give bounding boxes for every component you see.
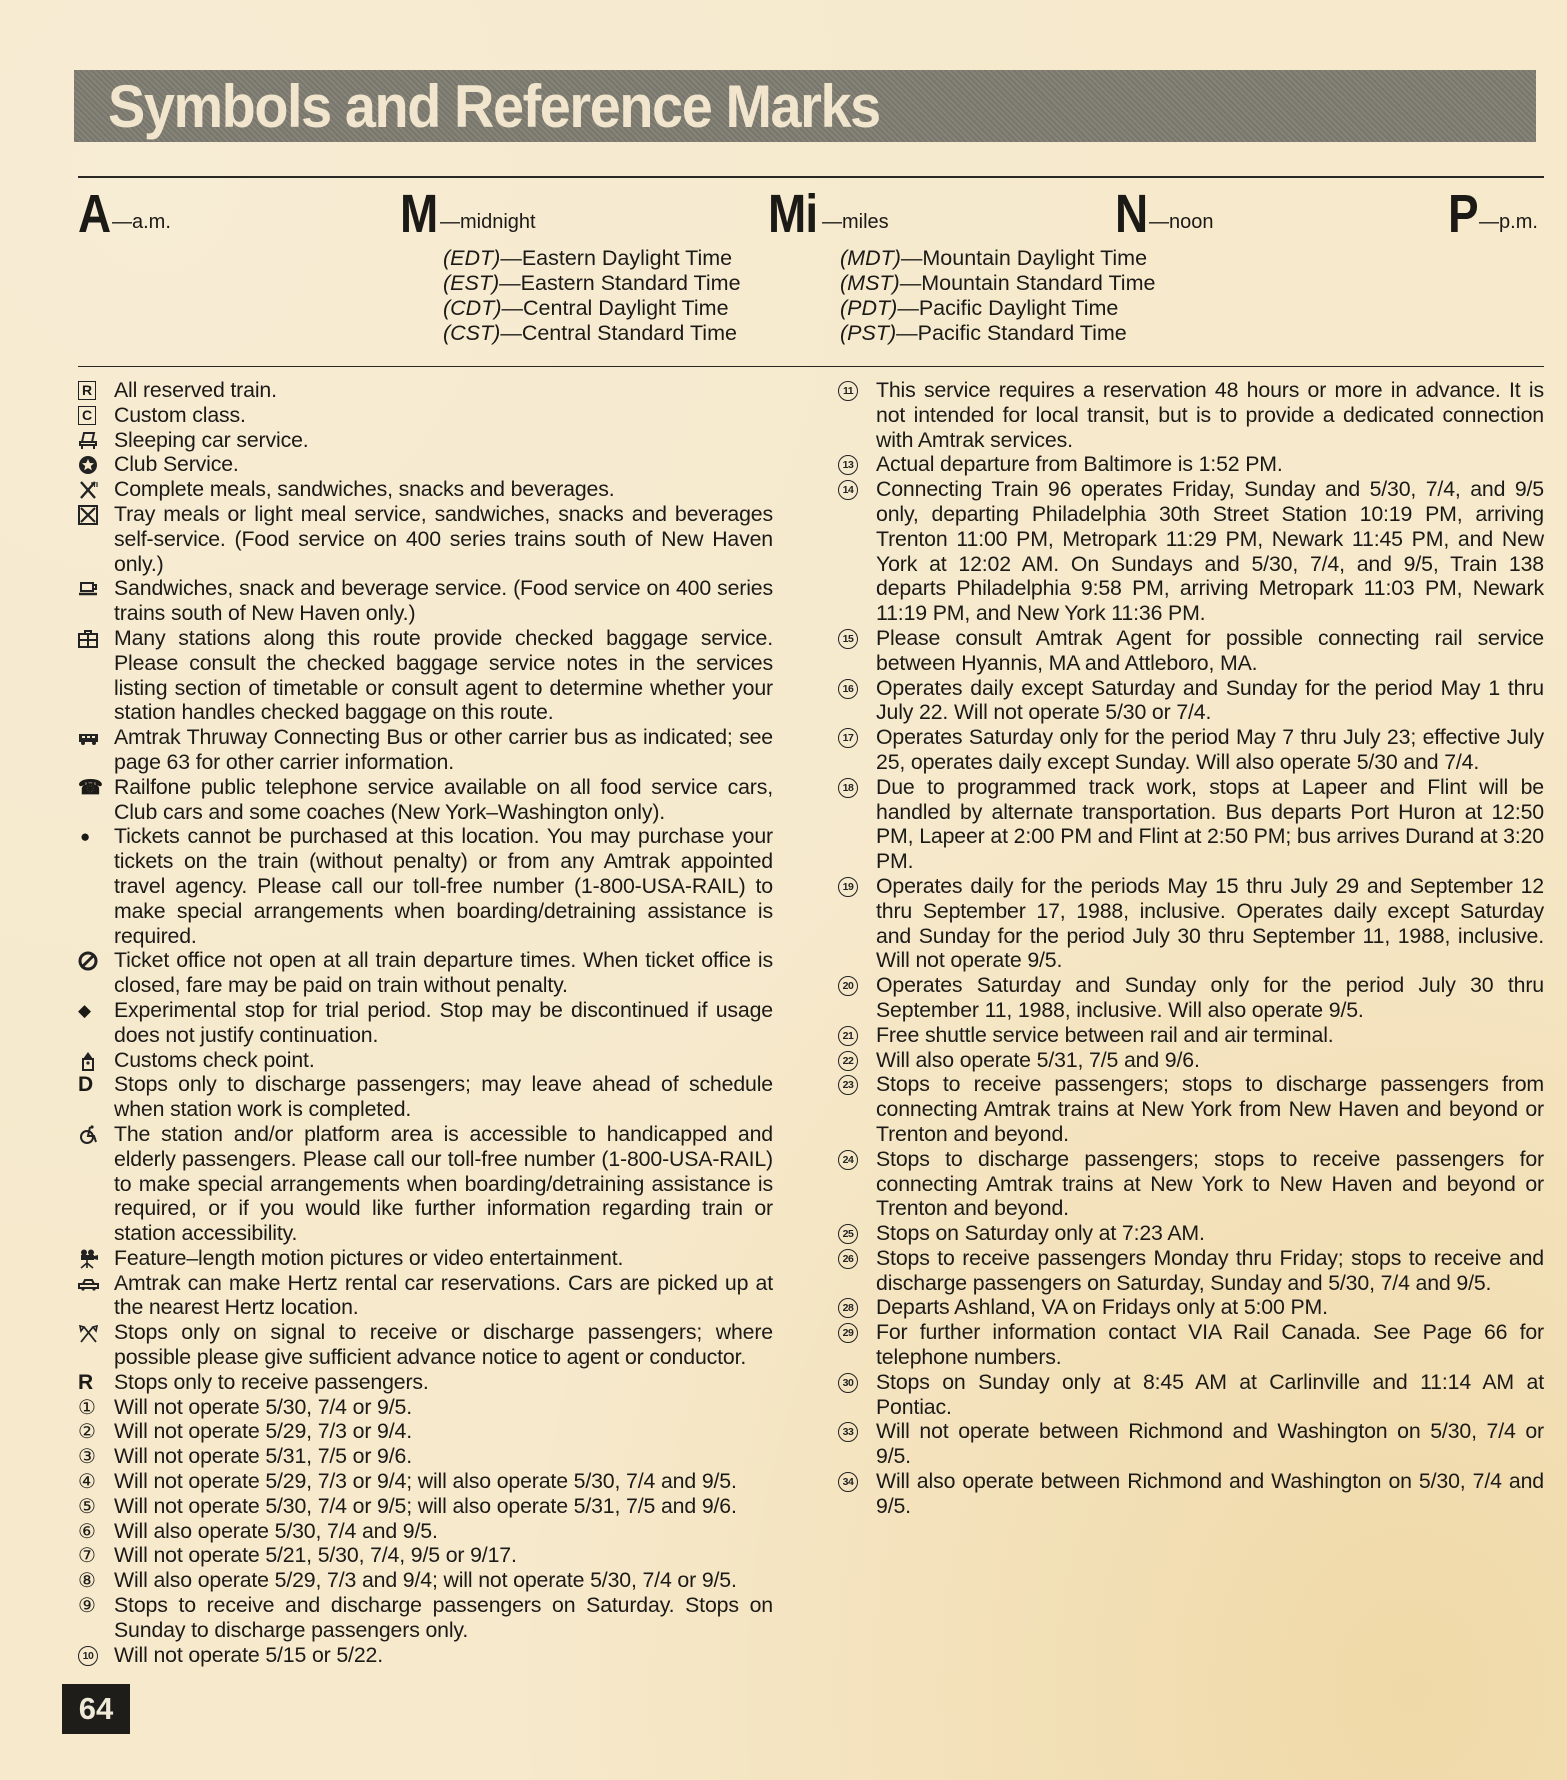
symbol-description: Will not operate 5/30, 7/4 or 9/5. (114, 1395, 773, 1420)
symbol-entry: Sandwiches, snack and beverage service. … (78, 576, 773, 626)
note-13-icon: 13 (838, 452, 876, 477)
symbol-entry: Stops only on signal to receive or disch… (78, 1320, 773, 1370)
note-21-icon: 21 (838, 1023, 876, 1048)
symbol-entry: Customs check point. (78, 1048, 773, 1073)
abbrev-am: A —a.m. (78, 190, 171, 238)
time-zone-abbr: (EST) (443, 271, 499, 295)
symbol-entry: Complete meals, sandwiches, snacks and b… (78, 477, 773, 502)
symbol-description: The station and/or platform area is acce… (114, 1122, 773, 1246)
time-zone-name: —Pacific Standard Time (896, 321, 1127, 345)
symbol-entry: Amtrak Thruway Connecting Bus or other c… (78, 725, 773, 775)
symbol-description: Stops only on signal to receive or disch… (114, 1320, 773, 1370)
note-22-icon: 22 (838, 1048, 876, 1073)
symbol-description: Stops to receive passengers Monday thru … (876, 1246, 1544, 1296)
time-zone-name: —Central Daylight Time (502, 296, 729, 320)
bus-icon (78, 725, 114, 775)
time-zone-abbr: (CDT) (443, 296, 502, 320)
time-zone-abbr: (PST) (840, 321, 896, 345)
symbol-entry: 16Operates daily except Saturday and Sun… (838, 676, 1544, 726)
symbol-description: Ticket office not open at all train depa… (114, 948, 773, 998)
symbol-entry: Tray meals or light meal service, sandwi… (78, 502, 773, 576)
coffee-cup-icon (78, 576, 114, 626)
symbol-entry: CCustom class. (78, 403, 773, 428)
symbol-entry: ⑧Will also operate 5/29, 7/3 and 9/4; wi… (78, 1568, 773, 1593)
note-7-icon: ⑦ (78, 1543, 114, 1568)
symbol-entry: Club Service. (78, 452, 773, 477)
symbol-entry: Amtrak can make Hertz rental car reserva… (78, 1271, 773, 1321)
symbol-description: This service requires a reservation 48 h… (876, 378, 1544, 452)
symbol-description: All reserved train. (114, 378, 773, 403)
note-23-icon: 23 (838, 1072, 876, 1146)
note-4-icon: ④ (78, 1469, 114, 1494)
note-1-icon: ① (78, 1395, 114, 1420)
symbol-entry: Ticket office not open at all train depa… (78, 948, 773, 998)
symbol-description: Operates Saturday and Sunday only for th… (876, 973, 1544, 1023)
symbol-description: For further information contact VIA Rail… (876, 1320, 1544, 1370)
symbol-entry: 33Will not operate between Richmond and … (838, 1419, 1544, 1469)
symbol-description: Please consult Amtrak Agent for possible… (876, 626, 1544, 676)
symbol-description: Will not operate 5/31, 7/5 or 9/6. (114, 1444, 773, 1469)
symbol-description: Departs Ashland, VA on Fridays only at 5… (876, 1295, 1544, 1320)
note-15-icon: 15 (838, 626, 876, 676)
symbol-entry: ⑤Will not operate 5/30, 7/4 or 9/5; will… (78, 1494, 773, 1519)
note-2-icon: ② (78, 1419, 114, 1444)
abbrev-miles: Mi —miles (768, 190, 889, 238)
symbol-entry: The station and/or platform area is acce… (78, 1122, 773, 1246)
symbol-entry: RStops only to receive passengers. (78, 1370, 773, 1395)
note-29-icon: 29 (838, 1320, 876, 1370)
symbol-description: Club Service. (114, 452, 773, 477)
symbol-entry: ●Tickets cannot be purchased at this loc… (78, 824, 773, 948)
time-zone-entry: (PDT)—Pacific Daylight Time (840, 296, 1155, 321)
abbrev-noon: N —noon (1115, 190, 1214, 238)
time-zone-entry: (EST)—Eastern Standard Time (443, 271, 741, 296)
symbol-description: Operates Saturday only for the period Ma… (876, 725, 1544, 775)
note-20-icon: 20 (838, 973, 876, 1023)
note-16-icon: 16 (838, 676, 876, 726)
time-zone-name: —Eastern Standard Time (499, 271, 740, 295)
note-28-icon: 28 (838, 1295, 876, 1320)
boxed-knife-fork-icon (78, 502, 114, 576)
symbol-description: Stops only to receive passengers. (114, 1370, 773, 1395)
note-14-icon: 14 (838, 477, 876, 626)
symbol-description: Custom class. (114, 403, 773, 428)
symbol-description: Amtrak Thruway Connecting Bus or other c… (114, 725, 773, 775)
symbol-entry: 10Will not operate 5/15 or 5/22. (78, 1643, 773, 1668)
symbol-entry: 15Please consult Amtrak Agent for possib… (838, 626, 1544, 676)
symbol-description: Will not operate 5/21, 5/30, 7/4, 9/5 or… (114, 1543, 773, 1568)
time-zones-eastern-central: (EDT)—Eastern Daylight Time(EST)—Eastern… (443, 246, 741, 346)
symbol-description: Will also operate 5/29, 7/3 and 9/4; wil… (114, 1568, 773, 1593)
abbrev-symbol: A (78, 190, 110, 238)
symbol-entry: ①Will not operate 5/30, 7/4 or 9/5. (78, 1395, 773, 1420)
baggage-icon (78, 626, 114, 725)
time-zone-abbr: (MDT) (840, 246, 901, 270)
symbol-description: Stops on Sunday only at 8:45 AM at Carli… (876, 1370, 1544, 1420)
time-zone-name: —Eastern Daylight Time (500, 246, 732, 270)
time-zone-abbr: (EDT) (443, 246, 500, 270)
note-33-icon: 33 (838, 1419, 876, 1469)
symbol-entry: 34Will also operate between Richmond and… (838, 1469, 1544, 1519)
bullet-icon: ● (78, 824, 114, 948)
symbol-entry: 29For further information contact VIA Ra… (838, 1320, 1544, 1370)
symbol-description: Stops only to discharge passengers; may … (114, 1072, 773, 1122)
symbol-description: Experimental stop for trial period. Stop… (114, 998, 773, 1048)
note-19-icon: 19 (838, 874, 876, 973)
symbol-entry: 26Stops to receive passengers Monday thr… (838, 1246, 1544, 1296)
symbol-entry: ◆Experimental stop for trial period. Sto… (78, 998, 773, 1048)
symbol-description: Will not operate between Richmond and Wa… (876, 1419, 1544, 1469)
symbol-description: Stops to receive and discharge passenger… (114, 1593, 773, 1643)
symbol-entry: ☎Railfone public telephone service avail… (78, 775, 773, 825)
abbrev-meaning: —miles (822, 211, 889, 238)
note-8-icon: ⑧ (78, 1568, 114, 1593)
note-18-icon: 18 (838, 775, 876, 874)
discharge-d-icon: D (78, 1072, 114, 1122)
symbol-description: Will also operate 5/31, 7/5 and 9/6. (876, 1048, 1544, 1073)
symbol-entry: 18Due to programmed track work, stops at… (838, 775, 1544, 874)
diamond-icon: ◆ (78, 998, 114, 1048)
symbol-description: Stops to receive passengers; stops to di… (876, 1072, 1544, 1146)
note-24-icon: 24 (838, 1147, 876, 1221)
symbol-description: Sleeping car service. (114, 428, 773, 453)
abbrev-meaning: —noon (1149, 211, 1214, 238)
symbol-entry: 28Departs Ashland, VA on Fridays only at… (838, 1295, 1544, 1320)
note-9-icon: ⑨ (78, 1593, 114, 1643)
symbol-description: Complete meals, sandwiches, snacks and b… (114, 477, 773, 502)
symbol-entry: ②Will not operate 5/29, 7/3 or 9/4. (78, 1419, 773, 1444)
symbol-description: Railfone public telephone service availa… (114, 775, 773, 825)
symbol-entry: Sleeping car service. (78, 428, 773, 453)
wheelchair-icon (78, 1122, 114, 1246)
note-3-icon: ③ (78, 1444, 114, 1469)
reserved-box-icon: R (78, 378, 114, 403)
symbol-entry: 23Stops to receive passengers; stops to … (838, 1072, 1544, 1146)
time-zone-entry: (CST)—Central Standard Time (443, 321, 741, 346)
symbol-description: Customs check point. (114, 1048, 773, 1073)
abbrev-pm: P —p.m. (1448, 190, 1538, 238)
time-zone-name: —Mountain Daylight Time (901, 246, 1147, 270)
club-star-icon (78, 452, 114, 477)
symbol-entry: Many stations along this route provide c… (78, 626, 773, 725)
time-zone-abbr: (CST) (443, 321, 500, 345)
symbol-entry: 30Stops on Sunday only at 8:45 AM at Car… (838, 1370, 1544, 1420)
symbol-description: Tickets cannot be purchased at this loca… (114, 824, 773, 948)
time-zones-mountain-pacific: (MDT)—Mountain Daylight Time(MST)—Mounta… (840, 246, 1155, 346)
symbol-description: Will also operate between Richmond and W… (876, 1469, 1544, 1519)
symbol-description: Will not operate 5/29, 7/3 or 9/4. (114, 1419, 773, 1444)
receive-r-icon: R (78, 1370, 114, 1395)
no-ticket-office-icon (78, 948, 114, 998)
symbol-entry: 24Stops to discharge passengers; stops t… (838, 1147, 1544, 1221)
note-10-icon: 10 (78, 1643, 114, 1668)
abbrev-symbol: Mi (768, 190, 817, 238)
symbol-description: Operates daily for the periods May 15 th… (876, 874, 1544, 973)
symbol-description: Will not operate 5/29, 7/3 or 9/4; will … (114, 1469, 773, 1494)
page-number: 64 (62, 1684, 130, 1734)
symbol-entry: 11This service requires a reservation 48… (838, 378, 1544, 452)
telephone-icon: ☎ (78, 775, 114, 825)
symbol-description: Stops to discharge passengers; stops to … (876, 1147, 1544, 1221)
symbol-description: Due to programmed track work, stops at L… (876, 775, 1544, 874)
symbol-description: Many stations along this route provide c… (114, 626, 773, 725)
symbol-description: Will not operate 5/15 or 5/22. (114, 1643, 773, 1668)
section-divider (78, 366, 1544, 367)
knife-fork-icon (78, 477, 114, 502)
symbols-column-right: 11This service requires a reservation 48… (838, 378, 1544, 1519)
note-17-icon: 17 (838, 725, 876, 775)
time-zone-abbr: (MST) (840, 271, 900, 295)
symbol-entry: ③Will not operate 5/31, 7/5 or 9/6. (78, 1444, 773, 1469)
time-zone-name: —Central Standard Time (500, 321, 737, 345)
crossed-flags-icon (78, 1320, 114, 1370)
abbrev-symbol: M (400, 190, 437, 238)
symbol-entry: Feature–length motion pictures or video … (78, 1246, 773, 1271)
time-zone-abbr: (PDT) (840, 296, 897, 320)
symbol-entry: ④Will not operate 5/29, 7/3 or 9/4; will… (78, 1469, 773, 1494)
note-25-icon: 25 (838, 1221, 876, 1246)
note-11-icon: 11 (838, 378, 876, 452)
symbol-entry: 19Operates daily for the periods May 15 … (838, 874, 1544, 973)
note-26-icon: 26 (838, 1246, 876, 1296)
symbol-entry: 25Stops on Saturday only at 7:23 AM. (838, 1221, 1544, 1246)
abbrev-meaning: —p.m. (1479, 211, 1538, 238)
customs-icon (78, 1048, 114, 1073)
abbrev-symbol: N (1115, 190, 1147, 238)
symbol-entry: 22Will also operate 5/31, 7/5 and 9/6. (838, 1048, 1544, 1073)
symbol-entry: DStops only to discharge passengers; may… (78, 1072, 773, 1122)
symbol-description: Operates daily except Saturday and Sunda… (876, 676, 1544, 726)
time-zone-entry: (PST)—Pacific Standard Time (840, 321, 1155, 346)
symbol-entry: 14Connecting Train 96 operates Friday, S… (838, 477, 1544, 626)
note-30-icon: 30 (838, 1370, 876, 1420)
page-title: Symbols and Reference Marks (108, 72, 880, 141)
symbol-description: Feature–length motion pictures or video … (114, 1246, 773, 1271)
symbol-entry: 17Operates Saturday only for the period … (838, 725, 1544, 775)
symbols-column-left: RAll reserved train.CCustom class.Sleepi… (78, 378, 773, 1667)
time-zone-entry: (MDT)—Mountain Daylight Time (840, 246, 1155, 271)
time-zone-name: —Mountain Standard Time (900, 271, 1156, 295)
symbol-entry: ⑦Will not operate 5/21, 5/30, 7/4, 9/5 o… (78, 1543, 773, 1568)
sleeping-car-icon (78, 428, 114, 453)
time-zone-name: —Pacific Daylight Time (897, 296, 1118, 320)
custom-class-box-icon: C (78, 403, 114, 428)
note-6-icon: ⑥ (78, 1519, 114, 1544)
symbol-description: Tray meals or light meal service, sandwi… (114, 502, 773, 576)
symbol-description: Will also operate 5/30, 7/4 and 9/5. (114, 1519, 773, 1544)
symbol-entry: 20Operates Saturday and Sunday only for … (838, 973, 1544, 1023)
symbol-entry: 13Actual departure from Baltimore is 1:5… (838, 452, 1544, 477)
movie-camera-icon (78, 1246, 114, 1271)
symbol-description: Actual departure from Baltimore is 1:52 … (876, 452, 1544, 477)
symbol-entry: ⑥Will also operate 5/30, 7/4 and 9/5. (78, 1519, 773, 1544)
time-zone-entry: (EDT)—Eastern Daylight Time (443, 246, 741, 271)
symbol-description: Stops on Saturday only at 7:23 AM. (876, 1221, 1544, 1246)
symbol-description: Will not operate 5/30, 7/4 or 9/5; will … (114, 1494, 773, 1519)
time-zone-entry: (MST)—Mountain Standard Time (840, 271, 1155, 296)
note-34-icon: 34 (838, 1469, 876, 1519)
title-band: Symbols and Reference Marks (74, 70, 1536, 142)
symbol-entry: 21Free shuttle service between rail and … (838, 1023, 1544, 1048)
abbrev-meaning: —a.m. (112, 211, 171, 238)
abbrev-symbol: P (1448, 190, 1478, 238)
abbrev-midnight: M —midnight (400, 190, 536, 238)
symbol-description: Free shuttle service between rail and ai… (876, 1023, 1544, 1048)
rental-car-icon (78, 1271, 114, 1321)
symbol-description: Sandwiches, snack and beverage service. … (114, 576, 773, 626)
symbol-entry: ⑨Stops to receive and discharge passenge… (78, 1593, 773, 1643)
abbrev-meaning: —midnight (440, 211, 536, 238)
top-divider (78, 176, 1544, 178)
symbol-description: Amtrak can make Hertz rental car reserva… (114, 1271, 773, 1321)
note-5-icon: ⑤ (78, 1494, 114, 1519)
time-zone-entry: (CDT)—Central Daylight Time (443, 296, 741, 321)
symbol-entry: RAll reserved train. (78, 378, 773, 403)
symbol-description: Connecting Train 96 operates Friday, Sun… (876, 477, 1544, 626)
